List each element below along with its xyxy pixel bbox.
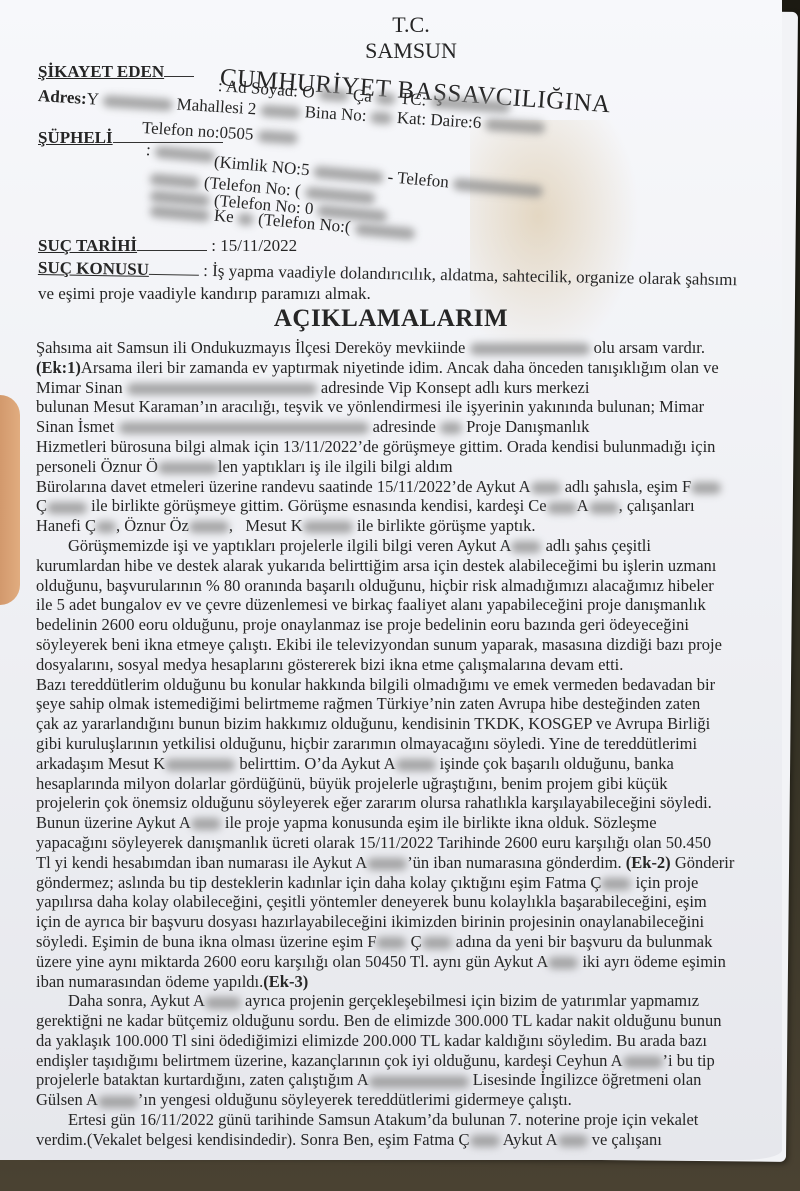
- header-tc: T.C.: [20, 12, 782, 38]
- statements-title: AÇIKLAMALARIM: [0, 305, 782, 333]
- statement-body: Şahsıma ait Samsun ili Ondukuzmayıs İlçe…: [36, 338, 756, 1150]
- crime-date-label: SUÇ TARİHİ: [38, 236, 137, 256]
- complainant-label: ŞİKAYET EDEN: [38, 62, 164, 82]
- crime-subject-continuation: ve eşimi proje vaadiyle kandırıp paramız…: [38, 284, 371, 304]
- crime-date-row: SUÇ TARİHİ : 15/11/2022: [38, 236, 297, 256]
- crime-subject-label: SUÇ KONUSU: [38, 258, 149, 280]
- crime-date-value: : 15/11/2022: [211, 236, 297, 255]
- suspect-label: ŞÜPHELİ: [38, 128, 113, 148]
- document-page: T.C. SAMSUN CUMHURİYET BAŞSAVCILIĞINA Şİ…: [0, 0, 782, 1160]
- thumb: [0, 395, 20, 605]
- header-city: SAMSUN: [20, 38, 782, 64]
- complainant-label-row: ŞİKAYET EDEN: [38, 62, 194, 82]
